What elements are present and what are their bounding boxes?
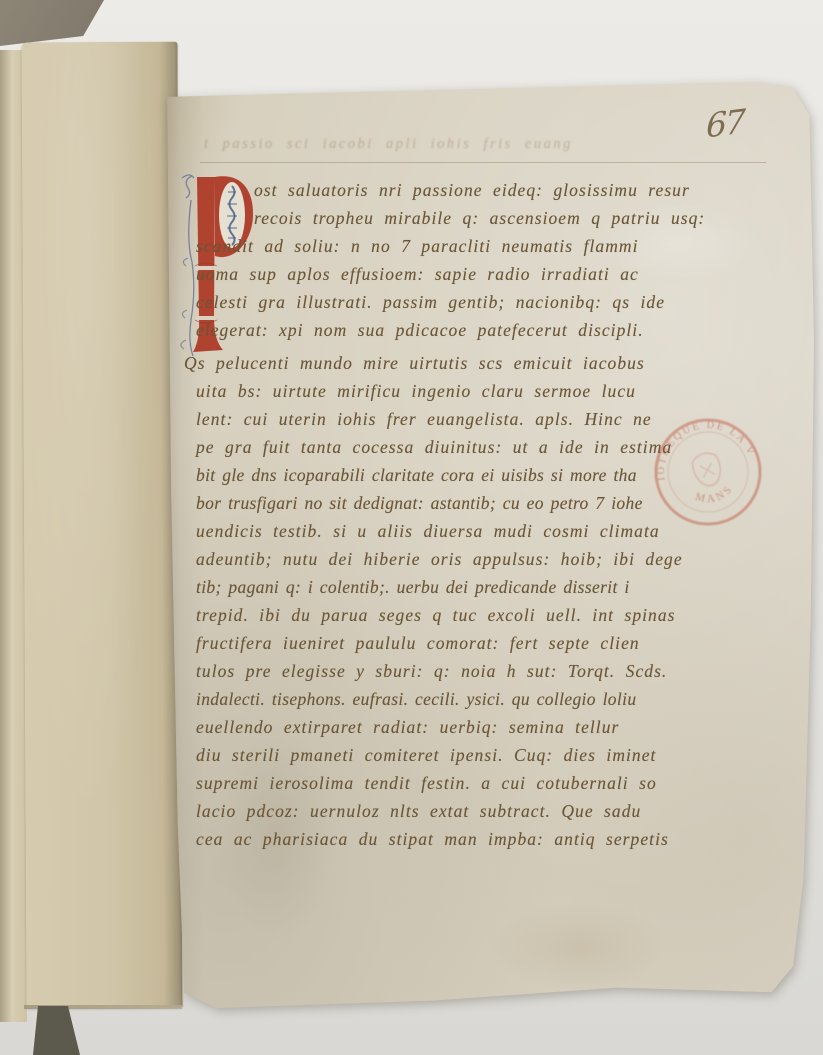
manuscript-line: lacio pdcoz: uernuloz nlts extat subtrac… [196,797,768,825]
manuscript-line: tib; pagani q: i colentib;. uerbu dei pr… [196,573,768,601]
manuscript-line: elegerat: xpi nom sua pdicacoe patefecer… [196,316,768,344]
manuscript-line: fructifera iueniret paululu comorat: fer… [196,629,768,657]
svg-text:MANS: MANS [691,480,738,510]
parchment-stain [488,902,668,992]
parchment-leaf-wrap: 67 t passio sci iacobi apli iohis fris e… [0,0,823,1055]
manuscript-line: celesti gra illustrati. passim gentib; n… [196,288,768,316]
manuscript-line: recois tropheu mirabile q: ascensioem q … [196,204,768,232]
manuscript-line: cea ac pharisiaca du stipat man impba: a… [196,825,768,853]
manuscript-line: scandit ad soliu: n no 7 paracliti neuma… [196,232,768,260]
manuscript-line: uoma sup aplos effusioem: sapie radio ir… [196,260,768,288]
stamp-emblem [690,450,725,489]
manuscript-line: adeuntib; nutu dei hiberie oris appulsus… [196,545,768,573]
parchment-page: 67 t passio sci iacobi apli iohis fris e… [158,82,814,1008]
manuscript-line: euellendo extirparet radiat: uerbiq: sem… [196,713,768,741]
erased-rubric: t passio sci iacobi apli iohis fris euan… [204,136,766,153]
manuscript-line: uita bs: uirtute mirificu ingenio claru … [196,377,768,405]
manuscript-line: diu sterili pmaneti comiteret ipensi. Cu… [196,741,768,769]
ruling-line [200,162,766,163]
manuscript-line: Qs pelucenti mundo mire uirtutis scs emi… [184,349,768,377]
manuscript-line: supremi ierosolima tendit festin. a cui … [196,769,768,797]
manuscript-photo: 67 t passio sci iacobi apli iohis fris e… [0,0,823,1055]
manuscript-line: tulos pre elegisse y sburi: q: noia h su… [196,657,768,685]
manuscript-line: trepid. ibi du parua seges q tuc excoli … [196,601,768,629]
manuscript-line: indalecti. tisephons. eufrasi. cecili. y… [196,685,768,713]
manuscript-line: ost saluatoris nri passione eideq: glosi… [196,176,768,204]
